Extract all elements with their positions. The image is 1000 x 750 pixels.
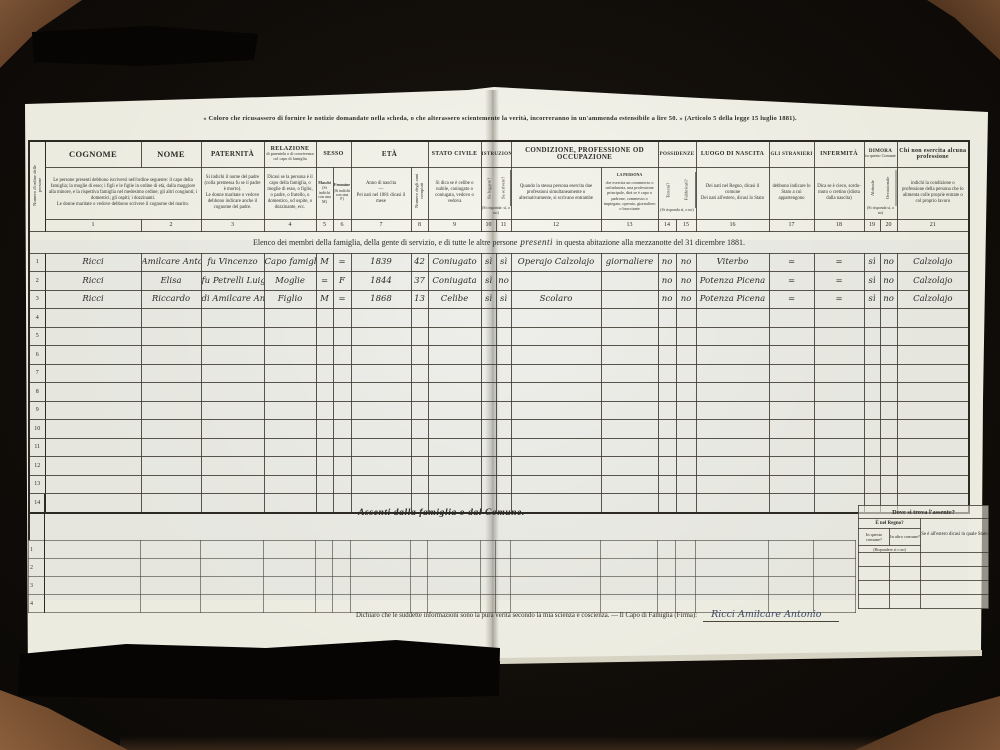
assenti-cell: [428, 559, 481, 577]
cell-anni-compiuti: [411, 309, 428, 328]
cell-terreni: [658, 327, 676, 346]
census-row: 6: [29, 346, 969, 365]
cell-sesso-f: [333, 457, 351, 476]
box-row: [859, 595, 989, 609]
cell-sa-scrivere: [496, 346, 511, 365]
cell-professione: [511, 383, 601, 402]
desc-cognome-nome: Le persone presenti debbono iscriversi n…: [45, 167, 201, 219]
assenti-cell: [814, 559, 856, 577]
row-number: 7: [29, 364, 45, 383]
cell-anno-nascita: [351, 327, 411, 346]
box-note: (Rispondere sì o no): [859, 546, 921, 553]
cell-infermita: [814, 438, 864, 457]
cell-paternita: [201, 475, 264, 494]
cell-stato-civile: [428, 438, 481, 457]
cell-anno-nascita: [351, 364, 411, 383]
cell-sa-leggere: [481, 309, 496, 328]
cell-infermita: [814, 420, 864, 439]
cell-anno-nascita: [351, 309, 411, 328]
cell-terreni: [658, 420, 676, 439]
cell-chi-non-esercita: [897, 475, 969, 494]
cell-cognome: [45, 457, 141, 476]
desc-condizione-la-persona: LA PERSONAche esercita un commercio o un…: [601, 167, 658, 219]
cell-anni-compiuti: 13: [411, 290, 428, 309]
col-num: 5: [316, 219, 333, 231]
cell-infermita: [814, 457, 864, 476]
cell-dimora-abituale: [864, 438, 880, 457]
cell-relazione: [264, 309, 316, 328]
assenti-cell: [769, 577, 814, 595]
cell-terreni: no: [658, 272, 676, 291]
photo-stage: « Coloro che ricusassero di fornire le n…: [0, 0, 1000, 750]
col-num: 15: [676, 219, 696, 231]
cell-terreni: [658, 383, 676, 402]
col-num: 8: [411, 219, 428, 231]
cell-terreni: [658, 475, 676, 494]
cell-fabbricati: [676, 327, 696, 346]
desc-paternita: Si indichi il nome del padre (colla prem…: [201, 167, 264, 219]
cell-anno-nascita: [351, 438, 411, 457]
elenco-banner: Elenco dei membri della famiglia, della …: [29, 231, 969, 253]
box-estero: Se è all'estero dicasi in quale Stato: [921, 519, 989, 553]
assenti-row-number: 2: [29, 559, 45, 577]
cell-stranieri: [769, 401, 814, 420]
cell-terreni: no: [658, 290, 676, 309]
cell-dimora-occasionale: no: [880, 253, 897, 272]
cell-sesso-f: [333, 383, 351, 402]
census-row: 11: [29, 438, 969, 457]
cell-luogo-nascita: [696, 475, 769, 494]
cell-stato-civile: [428, 364, 481, 383]
cell-nome: [141, 309, 201, 328]
assenti-cell: [814, 577, 856, 595]
col-num: 11: [496, 219, 511, 231]
cell-sesso-f: =: [333, 253, 351, 272]
col-num: 3: [201, 219, 264, 231]
col-num: 4: [264, 219, 316, 231]
cell-relazione: [264, 364, 316, 383]
assenti-cell: [316, 577, 333, 595]
col-header-condizione: CONDIZIONE, PROFESSIONE OD OCCUPAZIONE: [511, 141, 658, 167]
census-row: 13: [29, 475, 969, 494]
desc-luogo-nascita: Dei nati nel Regno, dicasi il comune Dei…: [696, 167, 769, 219]
cell-cognome: [45, 401, 141, 420]
cell-paternita: fu Vincenzo: [201, 253, 264, 272]
cell-anni-compiuti: 42: [411, 253, 428, 272]
cell-nome: [141, 475, 201, 494]
cell-posizione: [601, 327, 658, 346]
assenti-row: 2: [29, 559, 856, 577]
census-row: 7: [29, 364, 969, 383]
desc-dimora: AbitualeOccasionale (Si risponda sì, o n…: [864, 167, 897, 219]
cell-dimora-occasionale: [880, 346, 897, 365]
cell-cognome: [45, 309, 141, 328]
cell-paternita: di Amilcare Ant.: [201, 290, 264, 309]
cell-infermita: =: [814, 290, 864, 309]
col-num: 21: [897, 219, 969, 231]
cell-stato-civile: [428, 475, 481, 494]
assenti-cell: [428, 577, 481, 595]
cell-relazione: [264, 457, 316, 476]
cell-luogo-nascita: [696, 420, 769, 439]
row-number: 6: [29, 346, 45, 365]
assenti-cell: [676, 577, 696, 595]
cell-infermita: [814, 475, 864, 494]
row-number: 1: [29, 253, 45, 272]
cell-professione: [511, 346, 601, 365]
cell-sa-leggere: [481, 327, 496, 346]
cell-sa-scrivere: sì: [496, 290, 511, 309]
cell-stranieri: [769, 438, 814, 457]
cell-posizione: [601, 438, 658, 457]
col-header-dimora: DIMORAin questo Comune: [864, 141, 897, 167]
cell-terreni: [658, 346, 676, 365]
cell-fabbricati: [676, 309, 696, 328]
cell-dimora-abituale: sì: [864, 272, 880, 291]
cell-fabbricati: no: [676, 253, 696, 272]
cell-stato-civile: Coniugata: [428, 272, 481, 291]
cell-infermita: [814, 309, 864, 328]
cell-chi-non-esercita: [897, 327, 969, 346]
col-header-paternita: PATERNITÀ: [201, 141, 264, 167]
cell-nome: [141, 327, 201, 346]
assenti-cell: [141, 595, 201, 613]
cell-professione: [511, 401, 601, 420]
col-num: 16: [696, 219, 769, 231]
cell-professione: [511, 272, 601, 291]
col-header-chi-non-esercita: Chi non esercita alcuna professione: [897, 141, 969, 167]
cell-sa-scrivere: [496, 475, 511, 494]
cell-chi-non-esercita: [897, 457, 969, 476]
assenti-cell: [45, 595, 141, 613]
cell-sa-leggere: sì: [481, 253, 496, 272]
cell-sesso-m: [316, 383, 333, 402]
cell-professione: [511, 309, 601, 328]
cell-sa-leggere: [481, 401, 496, 420]
cell-sa-leggere: [481, 383, 496, 402]
cell-fabbricati: [676, 401, 696, 420]
wood-table-edge: [120, 736, 880, 750]
cell-nome: [141, 346, 201, 365]
assenti-cell: [696, 577, 769, 595]
cell-stranieri: [769, 475, 814, 494]
cell-anni-compiuti: [411, 401, 428, 420]
assenti-cell: [676, 541, 696, 559]
cell-anni-compiuti: [411, 327, 428, 346]
cell-sesso-m: [316, 327, 333, 346]
census-row: 5: [29, 327, 969, 346]
cell-dimora-abituale: [864, 364, 880, 383]
cell-sesso-m: [316, 401, 333, 420]
cell-infermita: [814, 327, 864, 346]
cell-sesso-f: [333, 309, 351, 328]
cell-stranieri: [769, 420, 814, 439]
assenti-cell: [316, 541, 333, 559]
assenti-row: 1: [29, 541, 856, 559]
cell-relazione: [264, 438, 316, 457]
declaration-line: Dichiaro che le suddette informazioni so…: [356, 609, 966, 622]
cell-sesso-m: [316, 346, 333, 365]
cell-luogo-nascita: [696, 346, 769, 365]
assenti-cell: [201, 559, 264, 577]
cell-sa-leggere: sì: [481, 290, 496, 309]
cell-dimora-abituale: [864, 457, 880, 476]
cell-chi-non-esercita: [897, 438, 969, 457]
cell-chi-non-esercita: [897, 401, 969, 420]
assenti-cell: [481, 541, 496, 559]
cell-anno-nascita: 1839: [351, 253, 411, 272]
assenti-cell: [511, 577, 601, 595]
row-number: 8: [29, 383, 45, 402]
cell-anni-compiuti: [411, 475, 428, 494]
cell-dimora-occasionale: no: [880, 272, 897, 291]
elenco-banner-row: Elenco dei membri della famiglia, della …: [29, 231, 969, 253]
census-row: 4: [29, 309, 969, 328]
col-num: 6: [333, 219, 351, 231]
cell-relazione: [264, 401, 316, 420]
cell-infermita: [814, 364, 864, 383]
assenti-cell: [511, 541, 601, 559]
cell-infermita: [814, 401, 864, 420]
cell-sa-scrivere: [496, 383, 511, 402]
col-num: 14: [658, 219, 676, 231]
cell-nome: Riccardo: [141, 290, 201, 309]
cell-fabbricati: [676, 346, 696, 365]
cell-stranieri: [769, 383, 814, 402]
cell-sa-scrivere: [496, 401, 511, 420]
cell-sa-scrivere: [496, 438, 511, 457]
cell-relazione: Capo famiglia: [264, 253, 316, 272]
cell-sa-scrivere: [496, 309, 511, 328]
cell-dimora-occasionale: [880, 327, 897, 346]
cell-stranieri: [769, 457, 814, 476]
cell-anni-compiuti: [411, 420, 428, 439]
box-cell: [890, 581, 921, 595]
cell-terreni: [658, 457, 676, 476]
assenti-cell: [333, 559, 351, 577]
box-cell: [859, 595, 890, 609]
col-num: 20: [880, 219, 897, 231]
row-number: 5: [29, 327, 45, 346]
assenti-cell: [141, 559, 201, 577]
assenti-cell: [201, 595, 264, 613]
cell-stato-civile: [428, 327, 481, 346]
box-cell: [890, 567, 921, 581]
desc-relazione: Dicasi se la persona è il capo della fam…: [264, 167, 316, 219]
cell-chi-non-esercita: [897, 346, 969, 365]
cell-dimora-occasionale: [880, 475, 897, 494]
cell-paternita: [201, 383, 264, 402]
box-title: Dove si trova l'assente?: [859, 506, 989, 519]
col-num: 13: [601, 219, 658, 231]
cell-sa-leggere: [481, 346, 496, 365]
assenti-table: 1 2 3: [28, 540, 856, 613]
census-main-table: Numero d'ordine delle persone COGNOME NO…: [28, 140, 970, 514]
box-row: [859, 567, 989, 581]
cell-dimora-abituale: [864, 475, 880, 494]
cell-chi-non-esercita: [897, 364, 969, 383]
cell-terreni: [658, 438, 676, 457]
assenti-cell: [428, 541, 481, 559]
cell-anni-compiuti: [411, 438, 428, 457]
assenti-cell: [201, 541, 264, 559]
black-redaction-strip-top: [30, 26, 258, 66]
desc-stato-civile: Si dica se è celibe o nubile, coniugato …: [428, 167, 481, 219]
assenti-cell: [496, 559, 511, 577]
cell-fabbricati: no: [676, 272, 696, 291]
cell-anni-compiuti: 37: [411, 272, 428, 291]
cell-nome: [141, 383, 201, 402]
banner-presenti: presenti: [520, 237, 553, 247]
col-header-possidenze: POSSIDENZE: [658, 141, 696, 167]
desc-stranieri: debbono indicare lo Stato a cui apparten…: [769, 167, 814, 219]
row-number: 4: [29, 309, 45, 328]
cell-luogo-nascita: [696, 364, 769, 383]
cell-anni-compiuti: [411, 383, 428, 402]
cell-fabbricati: no: [676, 290, 696, 309]
cell-sesso-f: F: [333, 272, 351, 291]
cell-sa-scrivere: [496, 457, 511, 476]
col-header-luogo-nascita: LUOGO DI NASCITA: [696, 141, 769, 167]
assenti-cell: [769, 559, 814, 577]
col-header-cognome: COGNOME: [45, 141, 141, 167]
assenti-cell: [45, 541, 141, 559]
cell-terreni: [658, 364, 676, 383]
cell-chi-non-esercita: [897, 383, 969, 402]
cell-posizione: [601, 346, 658, 365]
census-row: 12: [29, 457, 969, 476]
col-header-istruzione: ISTRUZIONE: [481, 141, 511, 167]
cell-sesso-m: [316, 364, 333, 383]
assenti-cell: [351, 559, 411, 577]
cell-chi-non-esercita: [897, 309, 969, 328]
cell-dimora-occasionale: [880, 457, 897, 476]
assenti-cell: [696, 541, 769, 559]
cell-sesso-m: [316, 475, 333, 494]
cell-sesso-m: [316, 457, 333, 476]
assenti-cell: [264, 595, 316, 613]
cell-nome: [141, 457, 201, 476]
head-of-family-signature: Ricci Amilcare Antonio: [703, 609, 839, 622]
assenti-row-number: 1: [29, 541, 45, 559]
cell-stranieri: [769, 364, 814, 383]
col-num: 7: [351, 219, 411, 231]
box-regno: È nel Regno?: [859, 519, 921, 529]
row-number: 11: [29, 438, 45, 457]
assenti-cell: [45, 577, 141, 595]
assenti-cell: [496, 541, 511, 559]
assenti-cell: [496, 577, 511, 595]
row-number: 2: [29, 272, 45, 291]
assenti-cell: [481, 559, 496, 577]
cell-posizione: [601, 364, 658, 383]
cell-paternita: [201, 420, 264, 439]
wood-table-corner: [915, 0, 1000, 65]
cell-chi-non-esercita: Calzolajo: [897, 253, 969, 272]
banner-post: in questa abitazione alla mezzanotte del…: [556, 238, 745, 247]
cell-fabbricati: [676, 364, 696, 383]
census-row: 10: [29, 420, 969, 439]
cell-fabbricati: [676, 457, 696, 476]
cell-anni-compiuti: [411, 346, 428, 365]
cell-sa-leggere: [481, 475, 496, 494]
dove-si-trova-assente-box: Dove si trova l'assente? È nel Regno? Se…: [858, 505, 989, 609]
col-header-nome: NOME: [141, 141, 201, 167]
cell-nome: [141, 420, 201, 439]
box-cell: [921, 567, 989, 581]
cell-dimora-abituale: [864, 420, 880, 439]
col-header-row-number: Numero d'ordine delle persone: [29, 141, 45, 231]
col-num: 12: [511, 219, 601, 231]
desc-chi-non-esercita: indichi la condizione o professione dell…: [897, 167, 969, 219]
cell-stato-civile: [428, 457, 481, 476]
cell-posizione: [601, 309, 658, 328]
cell-stato-civile: [428, 420, 481, 439]
cell-cognome: [45, 475, 141, 494]
assenti-row-number: 4: [29, 595, 45, 613]
cell-stranieri: [769, 346, 814, 365]
cell-luogo-nascita: [696, 401, 769, 420]
box-cell: [859, 567, 890, 581]
cell-chi-non-esercita: [897, 420, 969, 439]
col-header-stranieri: GLI STRANIERI: [769, 141, 814, 167]
desc-eta-anno: Anno di nascita — Pei nati nel 1881 dica…: [351, 167, 411, 219]
assenti-cell: [141, 541, 201, 559]
desc-possidenze: Terreni?Fabbricati? (Si risponda sì, o n…: [658, 167, 696, 219]
desc-eta-anni: Numero degli anni compiuti: [411, 167, 428, 219]
cell-nome: [141, 401, 201, 420]
cell-relazione: [264, 346, 316, 365]
cell-sa-scrivere: [496, 420, 511, 439]
cell-chi-non-esercita: Calzolajo: [897, 272, 969, 291]
desc-condizione-due-professioni: Quando la stessa persona esercita due pr…: [511, 167, 601, 219]
cell-posizione: [601, 475, 658, 494]
cell-posizione: [601, 457, 658, 476]
col-num: 19: [864, 219, 880, 231]
cell-dimora-occasionale: [880, 438, 897, 457]
assenti-cell: [696, 559, 769, 577]
cell-anni-compiuti: [411, 364, 428, 383]
box-rows: [859, 553, 989, 609]
assenti-cell: [351, 541, 411, 559]
col-header-stato-civile: STATO CIVILE: [428, 141, 481, 167]
cell-professione: [511, 420, 601, 439]
cell-paternita: fu Petrelli Luigi: [201, 272, 264, 291]
cell-paternita: [201, 364, 264, 383]
assenti-cell: [481, 577, 496, 595]
cell-sesso-m: M: [316, 253, 333, 272]
cell-paternita: [201, 401, 264, 420]
col-num: 18: [814, 219, 864, 231]
desc-sesso-maschi: Maschi(Si indichi con una M): [316, 167, 333, 219]
cell-luogo-nascita: [696, 438, 769, 457]
cell-nome: Amilcare Antonio: [141, 253, 201, 272]
cell-cognome: [45, 438, 141, 457]
assenti-cell: [511, 559, 601, 577]
cell-anno-nascita: [351, 475, 411, 494]
cell-fabbricati: [676, 383, 696, 402]
declaration-text: Dichiaro che le suddette informazioni so…: [356, 612, 697, 619]
row-number: 10: [29, 420, 45, 439]
cell-nome: [141, 438, 201, 457]
cell-cognome: [45, 420, 141, 439]
cell-sesso-f: =: [333, 290, 351, 309]
assenti-cell: [411, 541, 428, 559]
cell-sa-leggere: [481, 420, 496, 439]
cell-anno-nascita: [351, 401, 411, 420]
box-cell: [859, 581, 890, 595]
assenti-cell: [141, 577, 201, 595]
